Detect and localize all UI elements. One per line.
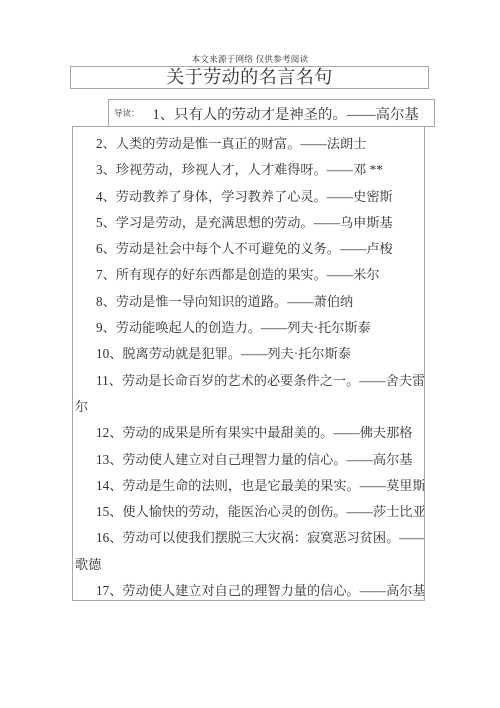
quote-line: 17、劳动使人建立对自己的理智力量的信心。——高尔基 [73, 578, 424, 601]
quote-line: 9、劳动能唤起人的创造力。——列夫·托尔斯泰 [73, 315, 424, 341]
intro-label: 导读： [114, 107, 140, 119]
quote-line: 16、劳动可以使我们摆脱三大灾祸：寂寞恶习贫困。—— [73, 525, 424, 551]
quote-line: 8、劳动是惟一导向知识的道路。——萧伯纳 [73, 289, 424, 315]
quote-line: 4、劳动教养了身体，学习教养了心灵。——史密斯 [73, 184, 424, 210]
quote-line: 5、学习是劳动，是充满思想的劳动。——乌申斯基 [73, 210, 424, 236]
quote-line: 6、劳动是社会中每个人不可避免的义务。——卢梭 [73, 236, 424, 262]
intro-box: 导读： 1、只有人的劳动才是神圣的。——高尔基 [108, 99, 435, 127]
quote-line-continuation: 歌德 [73, 552, 424, 578]
quote-line: 7、所有现存的好东西都是创造的果实。——米尔 [73, 262, 424, 288]
quote-line: 11、劳动是长命百岁的艺术的必要条件之一。——舍夫雷 [73, 368, 424, 394]
source-note: 本文来源于网络 仅供参考阅读 [0, 53, 500, 65]
quote-line: 13、劳动使人建立对自己理智力量的信心。——高尔基 [73, 447, 424, 473]
quote-line: 3、珍视劳动，珍视人才，人才难得呀。——邓 ** [73, 157, 424, 183]
quotes-box: 2、人类的劳动是惟一真正的财富。——法朗士 3、珍视劳动，珍视人才，人才难得呀。… [72, 126, 425, 601]
quote-line: 12、劳动的成果是所有果实中最甜美的。——佛夫那格 [73, 420, 424, 446]
quote-line: 15、使人愉快的劳动，能医治心灵的创伤。——莎士比亚 [73, 499, 424, 525]
document-page: 本文来源于网络 仅供参考阅读 关于劳动的名言名句 导读： 1、只有人的劳动才是神… [0, 0, 500, 708]
quote-line: 14、劳动是生命的法则，也是它最美的果实。——莫里斯 [73, 473, 424, 499]
intro-quote: 1、只有人的劳动才是神圣的。——高尔基 [153, 103, 419, 124]
quote-line-continuation: 尔 [73, 394, 424, 420]
quote-line: 2、人类的劳动是惟一真正的财富。——法朗士 [73, 131, 424, 157]
quote-line: 10、脱离劳动就是犯罪。——列夫·托尔斯泰 [73, 341, 424, 367]
title-box: 关于劳动的名言名句 [70, 66, 429, 89]
page-title: 关于劳动的名言名句 [71, 67, 428, 88]
